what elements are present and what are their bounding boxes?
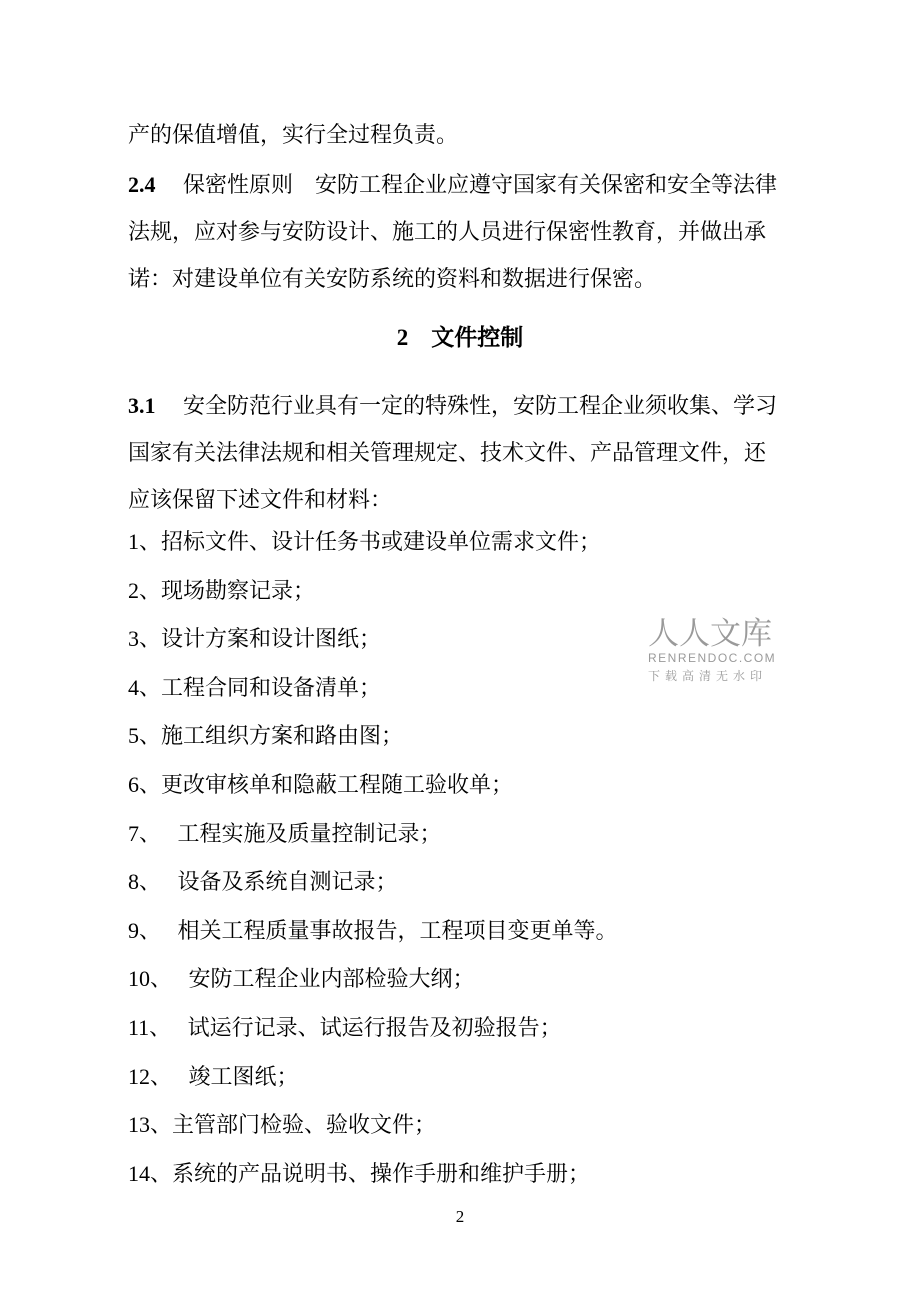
clause-number: 2.4: [128, 172, 156, 197]
paragraph-line: 应该保留下述文件和材料：: [128, 476, 792, 523]
paragraph-line: 法规，应对参与安防设计、施工的人员进行保密性教育，并做出承: [128, 208, 792, 255]
section-heading: 2 文件控制: [128, 314, 792, 361]
list-item: 1、招标文件、设计任务书或建设单位需求文件；: [128, 518, 792, 567]
watermark-tagline: 下载高清无水印: [648, 670, 776, 683]
list-item: 11、 试运行记录、试运行报告及初验报告；: [128, 1004, 792, 1053]
paragraph-text: 保密性原则 安防工程企业应遵守国家有关保密和安全等法律: [156, 172, 778, 197]
list-item: 13、主管部门检验、验收文件；: [128, 1101, 792, 1150]
paragraph-line: 2.4 保密性原则 安防工程企业应遵守国家有关保密和安全等法律: [128, 161, 792, 208]
paragraph-line: 国家有关法律法规和相关管理规定、技术文件、产品管理文件，还: [128, 429, 792, 476]
clause-number: 3.1: [128, 393, 156, 418]
list-item: 5、施工组织方案和路由图；: [128, 712, 792, 761]
watermark-domain: RENRENDOC.COM: [648, 652, 776, 665]
paragraph-line: 诺：对建设单位有关安防系统的资料和数据进行保密。: [128, 255, 792, 302]
list-item: 8、 设备及系统自测记录；: [128, 858, 792, 907]
watermark: 人人文库 RENRENDOC.COM 下载高清无水印: [648, 617, 776, 683]
paragraph-line: 3.1 安全防范行业具有一定的特殊性，安防工程企业须收集、学习: [128, 382, 792, 429]
watermark-logo-text: 人人文库: [648, 617, 776, 650]
paragraph-2-4: 2.4 保密性原则 安防工程企业应遵守国家有关保密和安全等法律 法规，应对参与安…: [128, 161, 792, 302]
list-item: 12、 竣工图纸；: [128, 1053, 792, 1102]
list-item: 2、现场勘察记录；: [128, 567, 792, 616]
list-item: 14、系统的产品说明书、操作手册和维护手册；: [128, 1150, 792, 1199]
page-number: 2: [128, 1207, 792, 1227]
list-item: 10、 安防工程企业内部检验大纲；: [128, 955, 792, 1004]
paragraph-text: 安全防范行业具有一定的特殊性，安防工程企业须收集、学习: [156, 393, 778, 418]
paragraph-3-1: 3.1 安全防范行业具有一定的特殊性，安防工程企业须收集、学习 国家有关法律法规…: [128, 382, 792, 523]
list-item: 9、 相关工程质量事故报告，工程项目变更单等。: [128, 907, 792, 956]
list-item: 7、 工程实施及质量控制记录；: [128, 810, 792, 859]
document-page: { "page": { "background": "#ffffff", "te…: [0, 0, 920, 1302]
paragraph-line: 产的保值增值，实行全过程负责。: [128, 111, 792, 158]
list-item: 6、更改审核单和隐蔽工程随工验收单；: [128, 761, 792, 810]
